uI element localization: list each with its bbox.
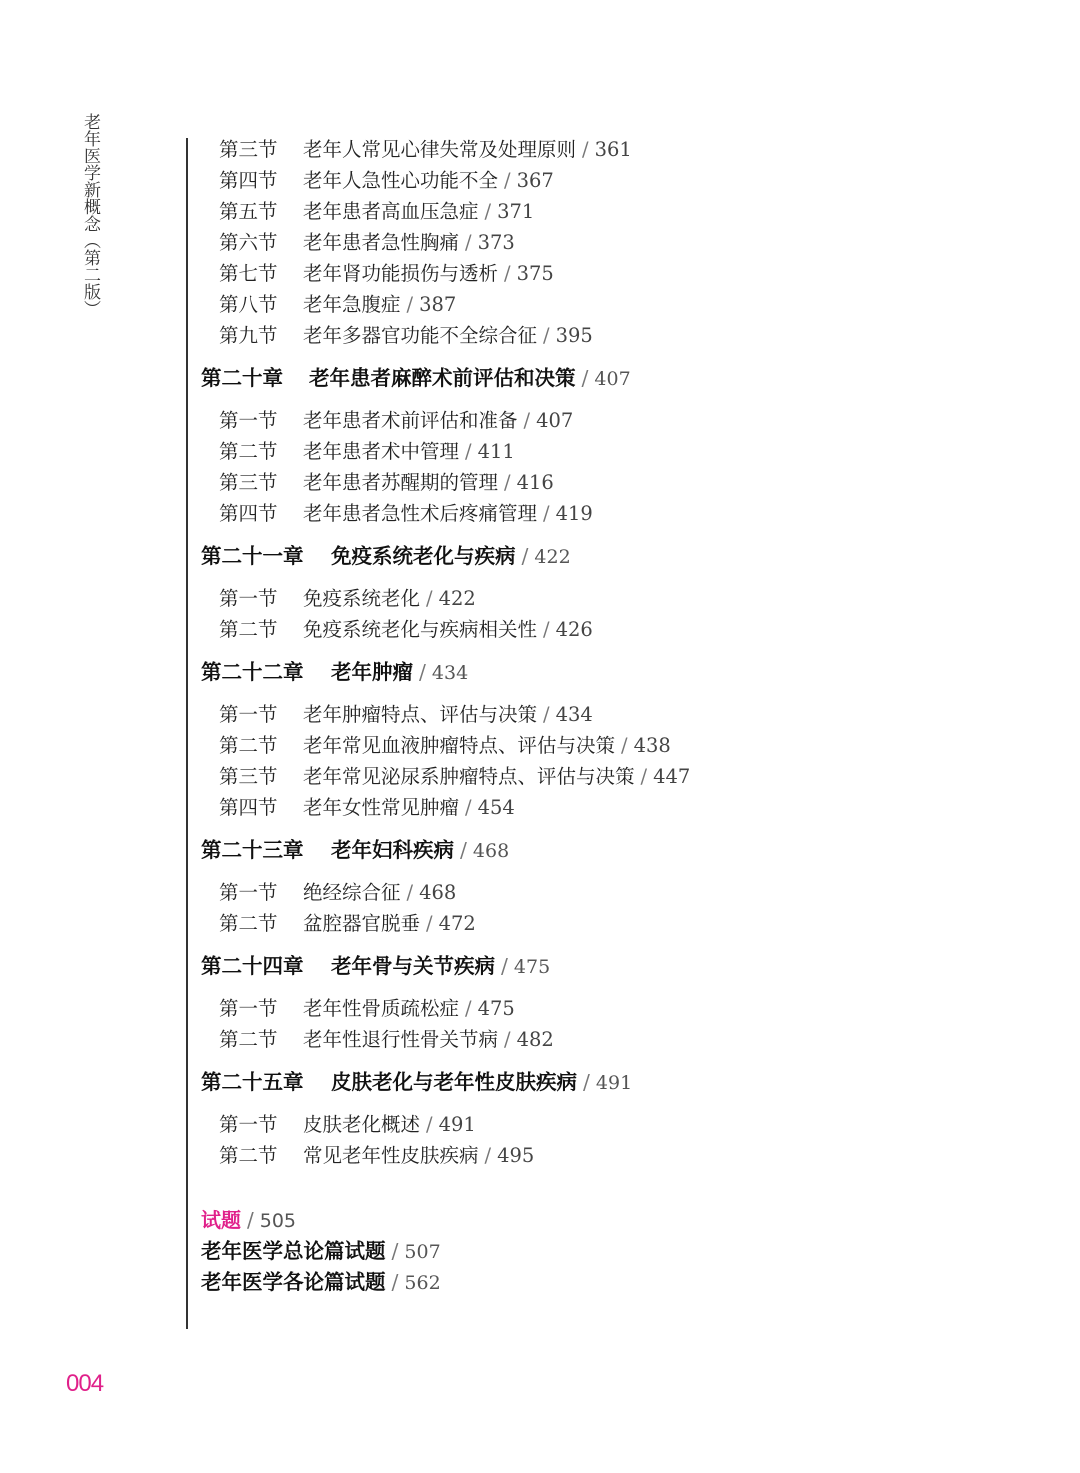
toc-section[interactable]: 第四节老年患者急性术后疼痛管理/419	[201, 498, 1021, 529]
page-number: 438	[634, 734, 671, 757]
toc-section[interactable]: 第三节老年患者苏醒期的管理/416	[201, 467, 1021, 498]
toc-section[interactable]: 第二节免疫系统老化与疾病相关性/426	[201, 614, 1021, 645]
page-number: 562	[404, 1272, 440, 1294]
page-number: 375	[517, 262, 554, 285]
toc-section[interactable]: 第二节盆腔器官脱垂/472	[201, 908, 1021, 939]
chapter-title: 老年骨与关节疾病	[331, 954, 495, 978]
toc-chapter[interactable]: 第二十五章皮肤老化与老年性皮肤疾病/491	[201, 1066, 1021, 1098]
page-number-folio: 004	[66, 1370, 103, 1398]
section-title: 老年性退行性骨关节病	[303, 1028, 498, 1051]
page-number: 426	[556, 618, 593, 641]
page-number: 422	[534, 546, 570, 568]
section-title: 常见老年性皮肤疾病	[303, 1144, 479, 1167]
section-title: 老年肿瘤特点、评估与决策	[303, 703, 537, 726]
page-number: 491	[439, 1113, 476, 1136]
page-number: 367	[517, 169, 554, 192]
page-number: 475	[514, 956, 550, 978]
page-number: 447	[653, 765, 690, 788]
exam-title: 老年医学总论篇试题	[201, 1239, 386, 1263]
toc-section[interactable]: 第二节老年性退行性骨关节病/482	[201, 1024, 1021, 1055]
toc-section[interactable]: 第三节老年常见泌尿系肿瘤特点、评估与决策/447	[201, 761, 1021, 792]
section-title: 老年性骨质疏松症	[303, 997, 459, 1020]
page-number: 371	[497, 200, 534, 223]
toc-section[interactable]: 第一节老年肿瘤特点、评估与决策/434	[201, 699, 1021, 730]
section-title: 老年患者急性胸痛	[303, 231, 459, 254]
section-title: 老年肾功能损伤与透析	[303, 262, 498, 285]
page-number: 422	[439, 587, 476, 610]
page-number: 454	[478, 796, 515, 819]
toc-section[interactable]: 第六节老年患者急性胸痛/373	[201, 227, 1021, 258]
section-title: 老年患者术中管理	[303, 440, 459, 463]
toc-exams-heading[interactable]: 试题/505	[201, 1205, 1021, 1236]
section-title: 免疫系统老化与疾病相关性	[303, 618, 537, 641]
page-number: 491	[596, 1072, 632, 1094]
section-title: 绝经综合征	[303, 881, 401, 904]
toc-section[interactable]: 第一节皮肤老化概述/491	[201, 1109, 1021, 1140]
toc-section[interactable]: 第二节老年患者术中管理/411	[201, 436, 1021, 467]
page-number: 507	[404, 1241, 440, 1263]
toc-section[interactable]: 第四节老年人急性心功能不全/367	[201, 165, 1021, 196]
page-number: 407	[594, 368, 630, 390]
page-number: 434	[432, 662, 468, 684]
page-number: 407	[536, 409, 573, 432]
section-title: 老年人急性心功能不全	[303, 169, 498, 192]
toc-section[interactable]: 第四节老年女性常见肿瘤/454	[201, 792, 1021, 823]
page-number: 472	[439, 912, 476, 935]
page-number: 468	[419, 881, 456, 904]
toc-section[interactable]: 第一节老年患者术前评估和准备/407	[201, 405, 1021, 436]
page-number: 361	[595, 138, 632, 161]
section-title: 老年多器官功能不全综合征	[303, 324, 537, 347]
section-title: 老年患者急性术后疼痛管理	[303, 502, 537, 525]
section-title: 免疫系统老化	[303, 587, 420, 610]
toc-section[interactable]: 第八节老年急腹症/387	[201, 289, 1021, 320]
section-title: 盆腔器官脱垂	[303, 912, 420, 935]
toc-section[interactable]: 第二节常见老年性皮肤疾病/495	[201, 1140, 1021, 1171]
chapter-title: 免疫系统老化与疾病	[331, 544, 516, 568]
page-number: 475	[478, 997, 515, 1020]
section-title: 老年人常见心律失常及处理原则	[303, 138, 576, 161]
page-number: 468	[473, 840, 509, 862]
toc-chapter[interactable]: 第二十三章老年妇科疾病/468	[201, 834, 1021, 866]
toc-section[interactable]: 第一节免疫系统老化/422	[201, 583, 1021, 614]
section-title: 老年常见血液肿瘤特点、评估与决策	[303, 734, 615, 757]
toc-section[interactable]: 第一节老年性骨质疏松症/475	[201, 993, 1021, 1024]
toc-exam-item[interactable]: 老年医学各论篇试题/562	[201, 1267, 1021, 1298]
page-number: 411	[478, 440, 515, 463]
toc-section[interactable]: 第三节老年人常见心律失常及处理原则/361	[201, 134, 1021, 165]
toc-section[interactable]: 第七节老年肾功能损伤与透析/375	[201, 258, 1021, 289]
section-title: 老年患者术前评估和准备	[303, 409, 518, 432]
page-number: 373	[478, 231, 515, 254]
chapter-title: 老年肿瘤	[331, 660, 413, 684]
table-of-contents: 第三节老年人常见心律失常及处理原则/361 第四节老年人急性心功能不全/367 …	[201, 134, 1021, 1298]
page-number: 387	[419, 293, 456, 316]
toc-exam-item[interactable]: 老年医学总论篇试题/507	[201, 1236, 1021, 1267]
toc-section[interactable]: 第一节绝经综合征/468	[201, 877, 1021, 908]
divider-line	[186, 138, 188, 1329]
running-title: 老年医学新概念（第二版）	[80, 113, 100, 317]
page-number: 505	[260, 1210, 296, 1232]
chapter-title: 老年妇科疾病	[331, 838, 454, 862]
toc-chapter[interactable]: 第二十一章免疫系统老化与疾病/422	[201, 540, 1021, 572]
page-number: 419	[556, 502, 593, 525]
toc-section[interactable]: 第五节老年患者高血压急症/371	[201, 196, 1021, 227]
toc-chapter[interactable]: 第二十二章老年肿瘤/434	[201, 656, 1021, 688]
section-title: 老年患者高血压急症	[303, 200, 479, 223]
toc-chapter[interactable]: 第二十四章老年骨与关节疾病/475	[201, 950, 1021, 982]
exams-title: 试题	[201, 1208, 241, 1232]
section-title: 老年女性常见肿瘤	[303, 796, 459, 819]
page-number: 495	[497, 1144, 534, 1167]
section-title: 老年急腹症	[303, 293, 401, 316]
toc-section[interactable]: 第九节老年多器官功能不全综合征/395	[201, 320, 1021, 351]
section-title: 皮肤老化概述	[303, 1113, 420, 1136]
chapter-title: 皮肤老化与老年性皮肤疾病	[331, 1070, 577, 1094]
section-title: 老年患者苏醒期的管理	[303, 471, 498, 494]
section-title: 老年常见泌尿系肿瘤特点、评估与决策	[303, 765, 635, 788]
toc-section[interactable]: 第二节老年常见血液肿瘤特点、评估与决策/438	[201, 730, 1021, 761]
toc-chapter[interactable]: 第二十章老年患者麻醉术前评估和决策/407	[201, 362, 1021, 394]
exam-title: 老年医学各论篇试题	[201, 1270, 386, 1294]
page-number: 434	[556, 703, 593, 726]
page-number: 416	[517, 471, 554, 494]
page-number: 482	[517, 1028, 554, 1051]
chapter-title: 老年患者麻醉术前评估和决策	[309, 366, 576, 390]
page-number: 395	[556, 324, 593, 347]
